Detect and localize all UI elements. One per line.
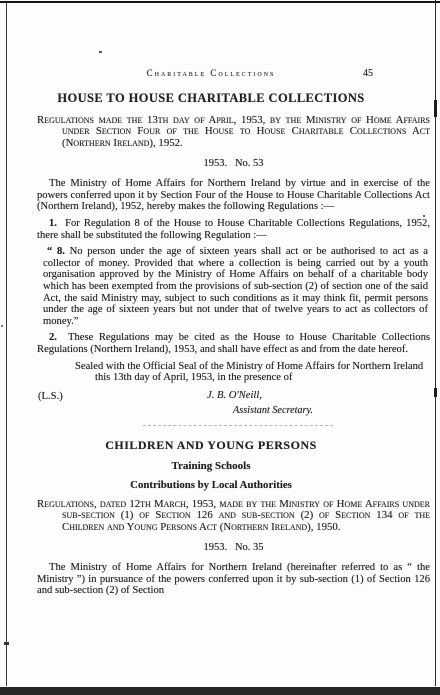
- section2-subheading: Contributions by Local Authorities: [37, 479, 430, 491]
- section2-opening-paragraph: The Ministry of Home Affairs for Norther…: [37, 562, 430, 597]
- scan-speck: [4, 642, 9, 645]
- sealed-clause: Sealed with the Official Seal of the Min…: [37, 361, 430, 384]
- section1-title: HOUSE TO HOUSE CHARITABLE COLLECTIONS: [37, 91, 430, 106]
- scan-artifact: [434, 100, 437, 117]
- section-separator: [143, 425, 333, 426]
- paragraph-text: These Regulations may be cited as the Ho…: [37, 332, 430, 355]
- locus-sigilli: (L.S.): [38, 391, 63, 402]
- section2-number-line: 1953. No. 35: [37, 542, 430, 553]
- page-content: Charitable Collections 45 HOUSE TO HOUSE…: [37, 68, 430, 602]
- scan-artifact: [434, 388, 437, 397]
- paragraph-number: “ 8.: [47, 246, 65, 257]
- paragraph-text: For Regulation 8 of the House to House C…: [37, 218, 430, 241]
- signature-name: J. B. O'Neill,: [207, 390, 262, 401]
- paragraph-number: 2.: [49, 332, 57, 343]
- running-header-row: Charitable Collections 45: [37, 68, 430, 80]
- scan-speck: [1, 325, 3, 327]
- paragraph-text: No person under the age of sixteen years…: [43, 246, 428, 327]
- section1-number-line: 1953. No. 53: [37, 158, 430, 169]
- scanned-document-page: Charitable Collections 45 HOUSE TO HOUSE…: [0, 0, 440, 695]
- scan-speck: [99, 51, 102, 53]
- section1-paragraph-8-quoted: “ 8. No person under the age of sixteen …: [43, 246, 428, 327]
- scan-edge-bottom: [0, 687, 440, 695]
- paragraph-number: 1.: [49, 218, 57, 229]
- section1-opening-paragraph: The Ministry of Home Affairs for Norther…: [37, 178, 430, 213]
- scan-edge-left: [6, 3, 7, 686]
- scan-edge-top: [0, 1, 440, 3]
- section1-paragraph-2: 2. These Regulations may be cited as the…: [37, 332, 430, 355]
- section2-title: CHILDREN AND YOUNG PERSONS: [37, 438, 430, 453]
- section2-preamble: Regulations, dated 12th March, 1953, mad…: [37, 499, 430, 533]
- section2-subtitle: Training Schools: [37, 460, 430, 472]
- page-number: 45: [363, 68, 373, 79]
- section1-preamble: Regulations made the 13th day of April, …: [37, 115, 430, 149]
- signature-row: (L.S.) J. B. O'Neill,: [37, 390, 430, 403]
- section1-paragraph-1: 1. For Regulation 8 of the House to Hous…: [37, 218, 430, 241]
- signature-role: Assistant Secretary.: [233, 405, 430, 416]
